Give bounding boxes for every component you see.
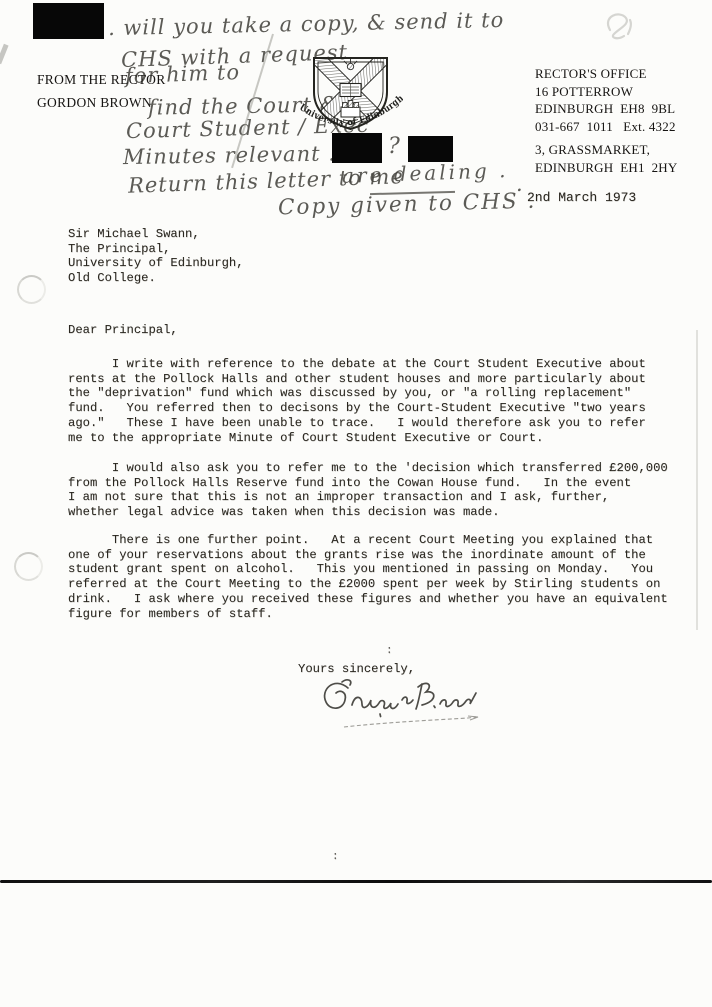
redaction-box-mid-right bbox=[408, 136, 453, 162]
letterhead-office-address: RECTOR'S OFFICE 16 POTTERROW EDINBURGH E… bbox=[535, 65, 676, 135]
stray-colon-mark-lower: : bbox=[332, 850, 339, 865]
redaction-box-top bbox=[33, 3, 104, 39]
handwritten-note-copy-given: Copy given to CHS . bbox=[278, 189, 537, 221]
university-of-edinburgh-crest: University of Edinburgh bbox=[298, 50, 403, 150]
pencil-squiggle-mark bbox=[596, 8, 644, 48]
body-paragraph-2: I would also ask you to refer me to the … bbox=[68, 461, 668, 520]
punch-hole-mark-upper bbox=[17, 275, 46, 304]
signature-gordon-brown bbox=[318, 676, 498, 732]
body-paragraph-3: There is one further point. At a recent … bbox=[68, 533, 668, 621]
edge-smudge-mark bbox=[0, 44, 9, 64]
body-paragraph-1: I write with reference to the debate at … bbox=[68, 357, 646, 445]
scanned-letter-page: . will you take a copy, & send it to CHS… bbox=[0, 0, 712, 1007]
letterhead-grassmarket-address: 3, GRASSMARKET, EDINBURGH EH1 2HY bbox=[535, 141, 677, 176]
scan-edge-streak bbox=[696, 330, 698, 630]
letterhead-from-rector: FROM THE RECTOR GORDON BROWN bbox=[37, 68, 166, 114]
punch-hole-mark-lower bbox=[14, 552, 43, 581]
crest-book bbox=[340, 84, 361, 97]
handwritten-note-line1: . will you take a copy, & send it to bbox=[108, 8, 505, 40]
recipient-address: Sir Michael Swann, The Principal, Univer… bbox=[68, 227, 244, 286]
closing-yours-sincerely: Yours sincerely, bbox=[298, 662, 415, 677]
crest-thistle bbox=[344, 59, 357, 70]
salutation: Dear Principal, bbox=[68, 323, 178, 338]
scan-fold-crease-line bbox=[0, 880, 712, 883]
stray-colon-mark-upper: : bbox=[386, 644, 393, 659]
letter-date: 2nd March 1973 bbox=[527, 191, 636, 206]
